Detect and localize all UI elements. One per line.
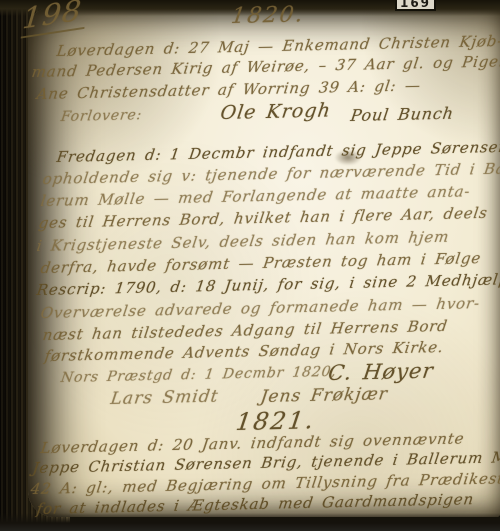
signature-ole-krogh: Ole Krogh [219, 100, 332, 124]
admonition-dateline: Nors Præstgd d: 1 Decmbr 1820, [60, 364, 338, 386]
signature-jens-frokjaer: Jens Frøkjær [259, 384, 389, 407]
marriage-entry-line-3: Ane Christensdatter af Worring 39 A: gl:… [36, 76, 423, 103]
year-heading-1820: 1820. [230, 2, 307, 29]
signature-lars-smidt: Lars Smidt [109, 387, 220, 409]
signature-poul-bunch: Poul Bunch [349, 104, 455, 125]
signature-priest-hoyer: C. Høyer [327, 359, 436, 385]
parish-register-scan: 169 198 1820. Løverdagen d: 27 Maj — Enk… [0, 0, 500, 531]
forlovere-label: Forlovere: [60, 107, 143, 125]
handwriting-layer: 198 1820. Løverdagen d: 27 Maj — Enkeman… [0, 0, 500, 531]
year-heading-1821: 1821. [234, 406, 317, 436]
page-number: 198 [21, 0, 88, 39]
